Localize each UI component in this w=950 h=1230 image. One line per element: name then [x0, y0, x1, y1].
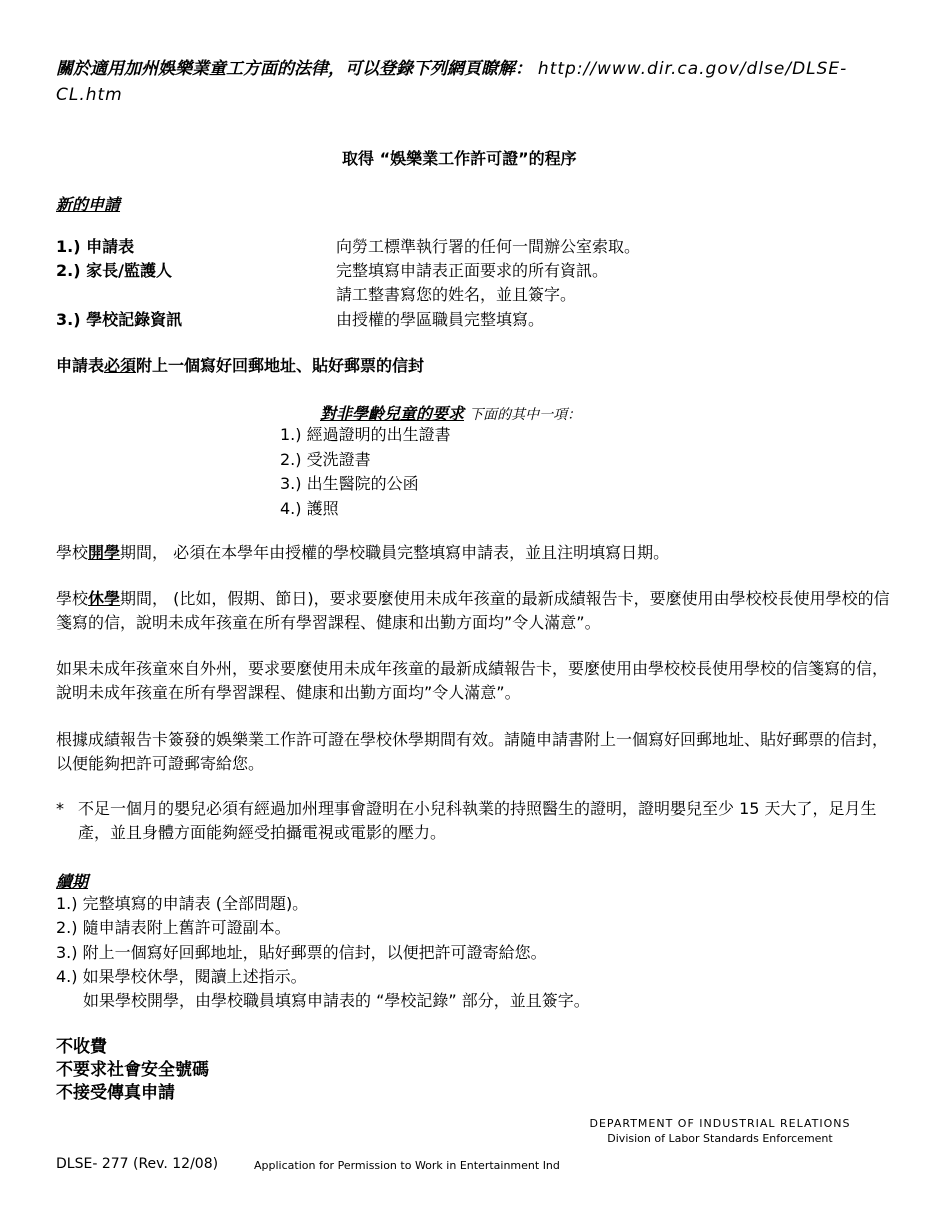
new-item-2-desc-2: 請工整書寫您的姓名，並且簽字。	[336, 283, 576, 307]
new-item-2-label: 2.) 家長/監護人	[56, 259, 172, 283]
page-title: 取得 “娛樂業工作許可證”的程序	[342, 146, 577, 169]
new-item-3-label: 3.) 學校記錄資訊	[56, 308, 182, 332]
list-item: 3.) 出生醫院的公函	[280, 472, 451, 497]
list-item: 1.) 完整填寫的申請表 (全部問題)。	[56, 892, 590, 916]
paragraph-out-of-state: 如果未成年孩童來自外州，要求要麼使用未成年孩童的最新成績報告卡，要麼使用由學校校…	[56, 657, 896, 705]
non-school-age-heading: 對非學齡兒童的要求 下面的其中一項：	[320, 401, 581, 424]
new-item-3-desc: 由授權的學區職員完整填寫。	[336, 308, 544, 332]
paragraph-in-session: 學校開學期間， 必須在本學年由授權的學校職員完整填寫申請表，並且注明填寫日期。	[56, 541, 896, 565]
flag-no-fee: 不收費	[56, 1036, 209, 1059]
flag-no-ssn: 不要求社會安全號碼	[56, 1059, 209, 1082]
list-item: 4.) 如果學校休學，閱讀上述指示。	[56, 965, 590, 989]
paragraph-validity: 根據成績報告卡簽發的娛樂業工作許可證在學校休學期間有效。請隨申請書附上一個寫好回…	[56, 728, 896, 776]
new-item-1-desc: 向勞工標準執行署的任何一間辦公室索取。	[336, 235, 640, 259]
paragraph-vacation: 學校休學期間， (比如，假期、節日)，要求要麼使用未成年孩童的最新成績報告卡，要…	[56, 587, 896, 635]
list-item-continuation: 如果學校開學，由學校職員填寫申請表的 “學校記錄” 部分，並且簽字。	[56, 989, 590, 1013]
list-item: 1.) 經過證明的出生證書	[280, 423, 451, 448]
form-id: DLSE- 277 (Rev. 12/08)	[56, 1156, 218, 1172]
non-school-age-list: 1.) 經過證明的出生證書 2.) 受洗證書 3.) 出生醫院的公函 4.) 護…	[280, 423, 451, 521]
division-name: Division of Labor Standards Enforcement	[560, 1131, 880, 1146]
list-item: 2.) 受洗證書	[280, 448, 451, 473]
section-heading-new-application: 新的申請	[56, 192, 120, 215]
flag-no-fax: 不接受傳真申請	[56, 1082, 209, 1105]
section-heading-renewal: 續期	[56, 869, 88, 892]
asterisk-marker: *	[56, 797, 64, 821]
form-title: Application for Permission to Work in En…	[254, 1159, 560, 1172]
envelope-requirement: 申請表必須附上一個寫好回郵地址、貼好郵票的信封	[56, 354, 424, 378]
department-block: DEPARTMENT OF INDUSTRIAL RELATIONS Divis…	[560, 1116, 880, 1146]
intro-label: 關於適用加州娛樂業童工方面的法律，可以登錄下列網頁瞭解：	[56, 59, 532, 79]
department-name: DEPARTMENT OF INDUSTRIAL RELATIONS	[560, 1116, 880, 1131]
list-item: 3.) 附上一個寫好回郵地址，貼好郵票的信封，以便把許可證寄給您。	[56, 941, 590, 965]
policy-flags: 不收費 不要求社會安全號碼 不接受傳真申請	[56, 1036, 209, 1105]
renewal-list: 1.) 完整填寫的申請表 (全部問題)。 2.) 隨申請表附上舊許可證副本。 3…	[56, 892, 590, 1013]
new-item-1-label: 1.) 申請表	[56, 235, 134, 259]
list-item: 2.) 隨申請表附上舊許可證副本。	[56, 916, 590, 940]
intro-text: 關於適用加州娛樂業童工方面的法律，可以登錄下列網頁瞭解： http://www.…	[56, 56, 896, 108]
list-item: 4.) 護照	[280, 497, 451, 522]
infant-note: * 不足一個月的嬰兒必須有經過加州理事會證明在小兒科執業的持照醫生的證明，證明嬰…	[56, 797, 896, 845]
new-item-2-desc-1: 完整填寫申請表正面要求的所有資訊。	[336, 259, 608, 283]
